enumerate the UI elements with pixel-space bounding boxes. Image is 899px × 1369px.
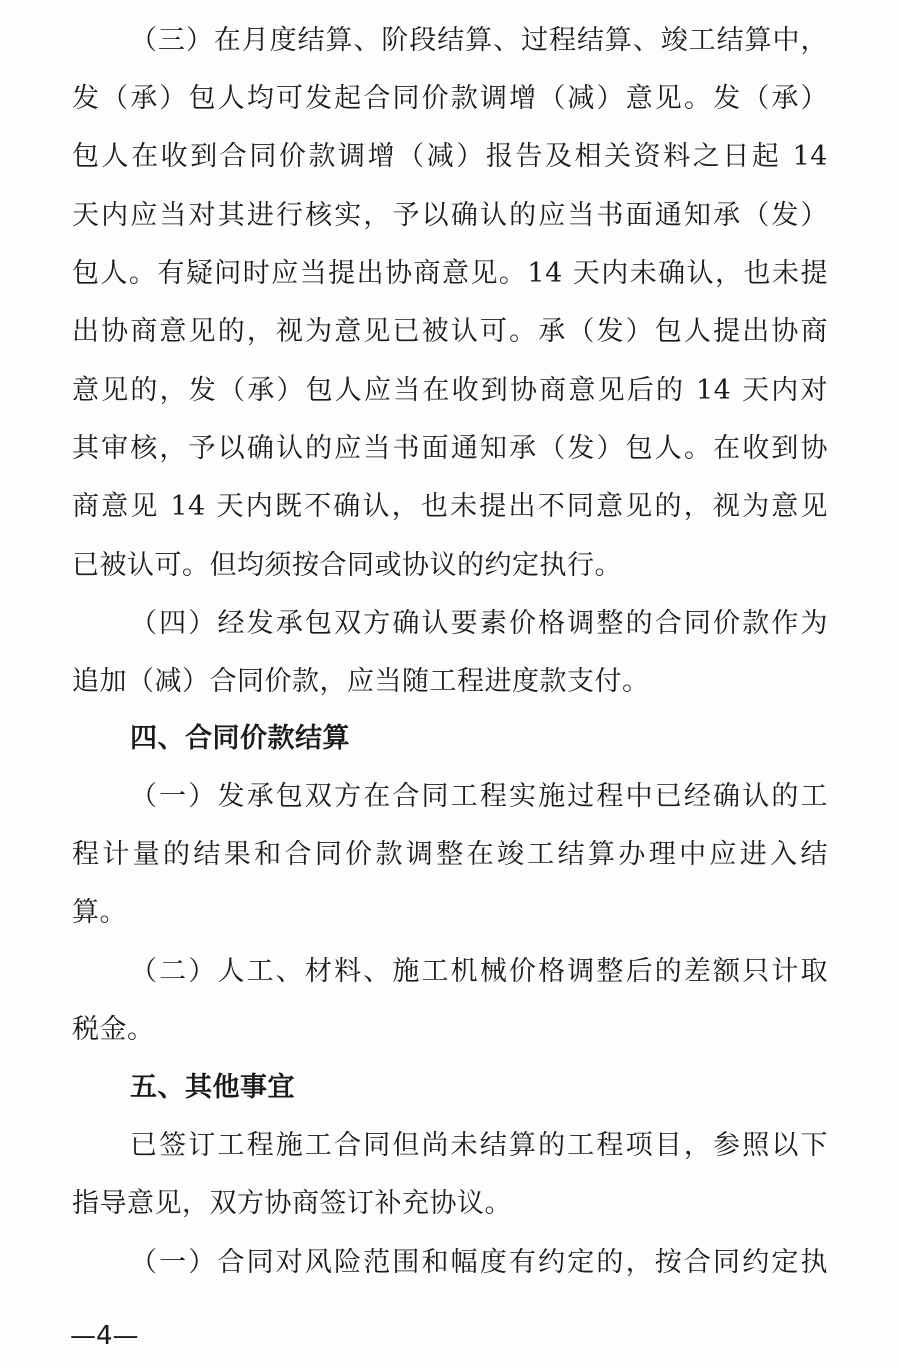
paragraph-4-2-line-2: 税金。 bbox=[72, 1010, 828, 1050]
paragraph-5-0-line-2: 指导意见，双方协商签订补充协议。 bbox=[72, 1184, 828, 1224]
section-heading-4: 四、合同价款结算 bbox=[130, 719, 350, 759]
paragraph-4-1-line-1: （一）发承包双方在合同工程实施过程中已经确认的工 bbox=[130, 777, 828, 817]
paragraph-3-3-line-9: 商意见 14 天内既不确认，也未提出不同意见的，视为意见 bbox=[72, 487, 828, 527]
paragraph-4-1-line-2: 程计量的结果和合同价款调整在竣工结算办理中应进入结 bbox=[72, 835, 828, 875]
paragraph-3-3-line-6: 出协商意见的，视为意见已被认可。承（发）包人提出协商 bbox=[72, 312, 828, 352]
paragraph-3-3-line-4: 天内应当对其进行核实，予以确认的应当书面通知承（发） bbox=[72, 196, 828, 236]
paragraph-3-3-line-7: 意见的，发（承）包人应当在收到协商意见后的 14 天内对 bbox=[72, 371, 828, 411]
section-heading-5: 五、其他事宜 bbox=[130, 1068, 295, 1108]
paragraph-3-3-line-2: 发（承）包人均可发起合同价款调增（减）意见。发（承） bbox=[72, 79, 828, 119]
paragraph-3-3-line-5: 包人。有疑问时应当提出协商意见。14 天内未确认，也未提 bbox=[72, 254, 828, 294]
paragraph-3-3-line-3: 包人在收到合同价款调增（减）报告及相关资料之日起 14 bbox=[72, 137, 828, 177]
paragraph-4-2-line-1: （二）人工、材料、施工机械价格调整后的差额只计取 bbox=[130, 952, 828, 992]
document-page: （三）在月度结算、阶段结算、过程结算、竣工结算中， 发（承）包人均可发起合同价款… bbox=[0, 0, 899, 1369]
paragraph-5-1-line-1: （一）合同对风险范围和幅度有约定的，按合同约定执 bbox=[130, 1243, 828, 1283]
paragraph-3-4-line-1: （四）经发承包双方确认要素价格调整的合同价款作为 bbox=[130, 604, 828, 644]
page-number: —4— bbox=[70, 1316, 139, 1356]
paragraph-4-1-line-3: 算。 bbox=[72, 893, 828, 933]
paragraph-5-0-line-1: 已签订工程施工合同但尚未结算的工程项目，参照以下 bbox=[130, 1126, 828, 1166]
paragraph-3-3-line-1: （三）在月度结算、阶段结算、过程结算、竣工结算中， bbox=[130, 21, 828, 61]
paragraph-3-3-line-10: 已被认可。但均须按合同或协议的约定执行。 bbox=[72, 546, 828, 586]
paragraph-3-3-line-8: 其审核，予以确认的应当书面通知承（发）包人。在收到协 bbox=[72, 429, 828, 469]
paragraph-3-4-line-2: 追加（减）合同价款，应当随工程进度款支付。 bbox=[72, 662, 828, 702]
